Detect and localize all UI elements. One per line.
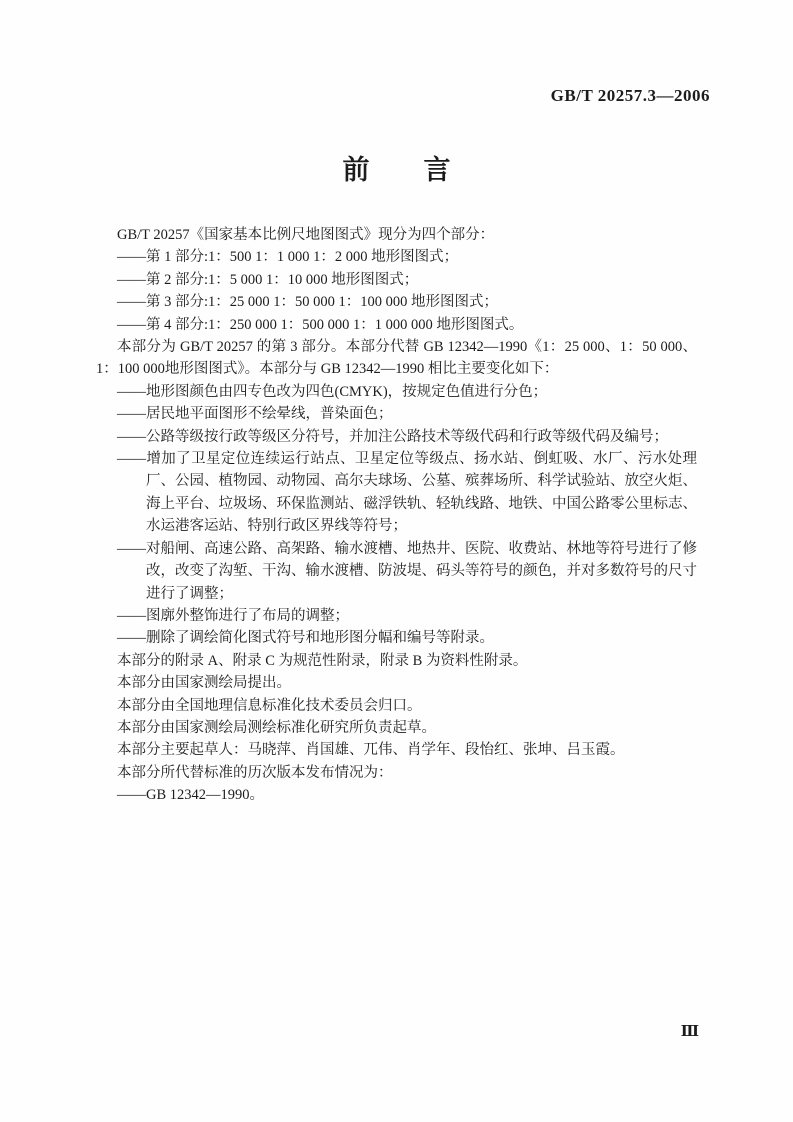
paragraph: ——第 3 部分:1：25 000 1：50 000 1：100 000 地形图… [96,291,697,313]
paragraph: ——公路等级按行政等级区分符号，并加注公路技术等级代码和行政等级代码及编号； [96,426,697,448]
paragraph: ——删除了调绘简化图式符号和地形图分幅和编号等附录。 [96,627,697,649]
paragraph: 本部分为 GB/T 20257 的第 3 部分。本部分代替 GB 12342—1… [96,336,697,381]
paragraph: 本部分主要起草人：马晓萍、肖国雄、兀伟、肖学年、段怡红、张坤、吕玉霞。 [96,739,697,761]
paragraph: ——增加了卫星定位连续运行站点、卫星定位等级点、扬水站、倒虹吸、水厂、污水处理厂… [96,448,697,538]
paragraph: ——对船闸、高速公路、高架路、输水渡槽、地热井、医院、收费站、林地等符号进行了修… [96,538,697,605]
paragraph: 本部分的附录 A、附录 C 为规范性附录，附录 B 为资料性附录。 [96,650,697,672]
paragraph: ——地形图颜色由四专色改为四色(CMYK)，按规定色值进行分色； [96,381,697,403]
paragraph: ——GB 12342—1990。 [96,784,697,806]
paragraph: ——第 4 部分:1：250 000 1：500 000 1：1 000 000… [96,314,697,336]
paragraph: 本部分所代替标准的历次版本发布情况为： [96,762,697,784]
body-content: GB/T 20257《国家基本比例尺地图图式》现分为四个部分：——第 1 部分:… [96,224,697,807]
paragraph: GB/T 20257《国家基本比例尺地图图式》现分为四个部分： [96,224,697,246]
paragraph: ——第 1 部分:1：500 1：1 000 1：2 000 地形图图式； [96,246,697,268]
paragraph: 本部分由国家测绘局提出。 [96,672,697,694]
document-page: GB/T 20257.3—2006 前言 GB/T 20257《国家基本比例尺地… [0,0,793,1122]
paragraph: 本部分由全国地理信息标准化技术委员会归口。 [96,695,697,717]
paragraph: ——第 2 部分:1：5 000 1：10 000 地形图图式； [96,269,697,291]
page-title-text: 前言 [343,155,505,185]
doc-number: GB/T 20257.3—2006 [551,86,710,106]
page-number: Ⅲ [681,1022,699,1041]
paragraph: ——图廓外整饰进行了布局的调整； [96,605,697,627]
paragraph: ——居民地平面图形不绘晕线，普染面色； [96,403,697,425]
page-title: 前言 [0,148,793,187]
paragraph: 本部分由国家测绘局测绘标准化研究所负责起草。 [96,717,697,739]
